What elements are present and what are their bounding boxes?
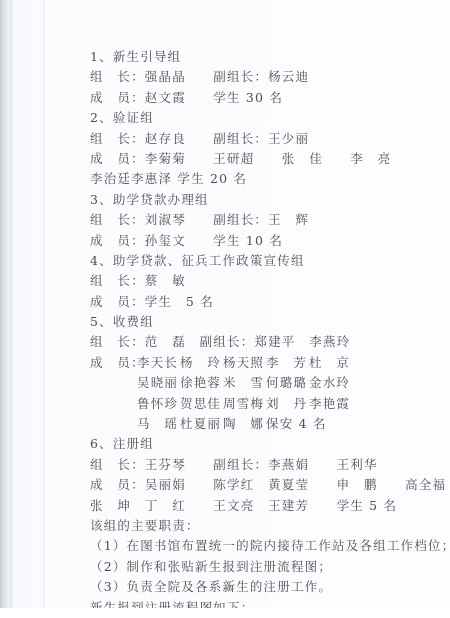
member-name: 吴晓丽 <box>137 373 180 393</box>
group-members-line: 成 员：吴丽娟 陈学红 黄夏莹 申 鹏 高全福 <box>90 475 435 495</box>
member-name: 保安 4 名 <box>266 414 309 434</box>
member-name: 徐艳蓉 <box>180 373 223 393</box>
duty-item: （1）在图书馆布置统一的院内接待工作站及各组工作档位； <box>90 536 435 556</box>
binding-shadow <box>10 0 12 608</box>
member-name: 杜夏丽 <box>180 414 223 434</box>
members-table-row: 吴晓丽 徐艳蓉 米 雪 何璐璐 金水玲 <box>90 373 435 393</box>
group-leader-line: 组 长：赵存良 副组长：王少丽 <box>90 129 435 149</box>
group-leader-line: 组 长：蔡 敏 <box>90 271 435 291</box>
binding-edge <box>43 0 44 608</box>
member-name: 李 芳 <box>266 353 309 373</box>
section-heading: 1、新生引导组 <box>90 47 435 67</box>
document-body: 1、新生引导组 组 长：强晶晶 副组长：杨云迪 成 员：赵文霞 学生 30 名 … <box>90 47 435 618</box>
group-members-line: 成 员：李菊菊 王研超 张 佳 李 亮 <box>90 149 435 169</box>
group-leader-line: 组 长：王芬琴 副组长：李燕娟 王利华 <box>90 455 435 475</box>
group-members-line: 成 员：赵文霞 学生 30 名 <box>90 88 435 108</box>
duty-item: （2）制作和张贴新生报到注册流程图； <box>90 557 435 577</box>
section-heading: 2、验证组 <box>90 108 435 128</box>
member-name: 杨天照 <box>223 353 266 373</box>
member-name: 周雪梅 <box>223 394 266 414</box>
members-table-row: 鲁怀珍 贺思佳 周雪梅 刘 丹 李艳霞 <box>90 394 435 414</box>
duties-heading: 该组的主要职责： <box>90 516 435 536</box>
bottom-margin <box>0 608 450 618</box>
member-name: 杨 玲 <box>180 353 223 373</box>
group-members-continued: 李治廷李惠泽 学生 20 名 <box>90 169 435 189</box>
duty-item: （3）负责全院及各系新生的注册工作。 <box>90 577 435 597</box>
group-members-line: 成 员：孙玺文 学生 10 名 <box>90 231 435 251</box>
member-name: 马 瑶 <box>137 414 180 434</box>
members-table-row: 成 员： 李天长 杨 玲 杨天照 李 芳 杜 京 <box>90 353 435 373</box>
group-members-continued: 张 坤 丁 红 王文亮 王建芳 学生 5 名 <box>90 496 435 516</box>
section-heading: 3、助学贷款办理组 <box>90 190 435 210</box>
group-leader-line: 组 长：范 磊 副组长：郑建平 李燕玲 <box>90 332 435 352</box>
group-members-line: 成 员：学生 5 名 <box>90 292 435 312</box>
section-heading: 4、助学贷款、征兵工作政策宣传组 <box>90 251 435 271</box>
member-name: 贺思佳 <box>180 394 223 414</box>
member-name: 米 雪 <box>223 373 266 393</box>
member-name: 李天长 <box>137 353 180 373</box>
member-name: 何璐璐 <box>266 373 309 393</box>
members-table-row: 马 瑶 杜夏丽 陶 娜 保安 4 名 <box>90 414 435 434</box>
group-leader-line: 组 长：刘淑琴 副组长：王 辉 <box>90 210 435 230</box>
member-name: 陶 娜 <box>223 414 266 434</box>
section-heading: 6、注册组 <box>90 434 435 454</box>
members-label: 成 员： <box>90 353 137 373</box>
member-name: 刘 丹 <box>266 394 309 414</box>
member-name: 鲁怀珍 <box>137 394 180 414</box>
member-name: 杜 京 <box>309 353 352 373</box>
group-leader-line: 组 长：强晶晶 副组长：杨云迪 <box>90 67 435 87</box>
member-name: 李艳霞 <box>309 394 352 414</box>
scanned-page: 1、新生引导组 组 长：强晶晶 副组长：杨云迪 成 员：赵文霞 学生 30 名 … <box>0 0 450 608</box>
section-heading: 5、收费组 <box>90 312 435 332</box>
member-name: 金水玲 <box>309 373 352 393</box>
page-number: -3- <box>220 585 240 593</box>
